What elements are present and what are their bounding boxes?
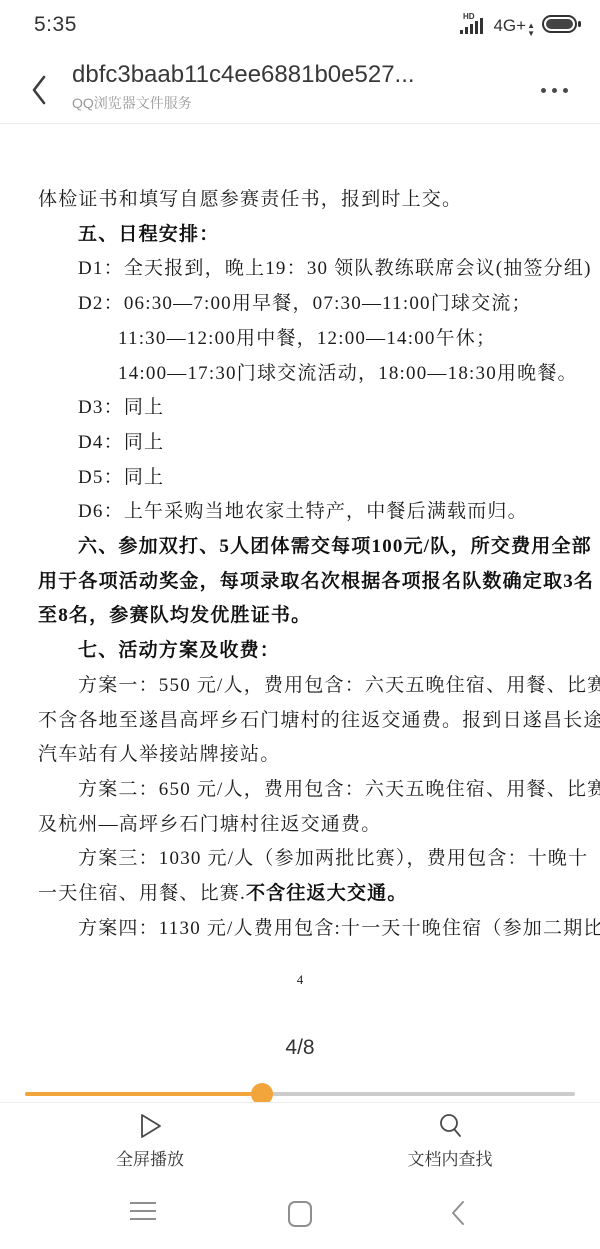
doc-line: 六、参加双打、5人团体需交每项100元/队，所交费用全部	[0, 530, 600, 565]
nav-home-button[interactable]	[238, 1200, 363, 1228]
hd-signal-icon: HD	[458, 10, 486, 43]
doc-line: 11:30—12:00用中餐，12:00—14:00午休；	[0, 322, 600, 357]
pager-section: 4/8	[0, 1030, 600, 1102]
slider-fill	[25, 1092, 262, 1096]
battery-icon	[542, 14, 582, 39]
fullscreen-play-button[interactable]: 全屏播放	[0, 1103, 300, 1178]
data-arrows-icon: ▲▼	[527, 22, 535, 38]
doc-line: 五、日程安排：	[0, 218, 600, 253]
doc-line: 方案一：550 元/人，费用包含：六天五晚住宿、用餐、比赛。	[0, 669, 600, 704]
header-titles: dbfc3baab11c4ee6881b0e527... QQ浏览器文件服务	[72, 61, 492, 113]
nav-menu-button[interactable]	[80, 1200, 205, 1222]
doc-line: 及杭州—高坪乡石门塘村往返交通费。	[0, 808, 600, 843]
doc-line: 用于各项活动奖金，每项录取名次根据各项报名队数确定取3名	[0, 565, 600, 600]
dot-icon	[552, 88, 557, 93]
chevron-left-icon	[30, 74, 48, 106]
more-options-button[interactable]	[532, 77, 576, 103]
chevron-left-icon	[450, 1200, 466, 1226]
doc-line: D5：同上	[0, 461, 600, 496]
dot-icon	[563, 88, 568, 93]
doc-line: D2：06:30—7:00用早餐，07:30—11:00门球交流；	[0, 287, 600, 322]
document-lines: 体检证书和填写自愿参赛责任书，报到时上交。五、日程安排：D1：全天报到，晚上19…	[0, 183, 600, 946]
doc-line: D6：上午采购当地农家土特产，中餐后满载而归。	[0, 495, 600, 530]
doc-line: 至8名，参赛队均发优胜证书。	[0, 599, 600, 634]
fullscreen-play-label: 全屏播放	[116, 1145, 184, 1170]
doc-line: 体检证书和填写自愿参赛责任书，报到时上交。	[0, 183, 600, 218]
network-type-label: 4G+ ▲▼	[493, 16, 535, 38]
dot-icon	[541, 88, 546, 93]
doc-line: D1：全天报到，晚上19：30 领队教练联席会议(抽签分组)	[0, 252, 600, 287]
status-icons: HD 4G+ ▲▼	[458, 10, 582, 43]
doc-line: 七、活动方案及收费：	[0, 634, 600, 669]
menu-icon	[129, 1200, 157, 1222]
doc-line: D3：同上	[0, 391, 600, 426]
doc-line: 不含各地至遂昌高坪乡石门塘村的往返交通费。报到日遂昌长途	[0, 704, 600, 739]
play-icon	[137, 1112, 163, 1140]
home-icon	[287, 1200, 313, 1228]
file-subtitle: QQ浏览器文件服务	[72, 93, 492, 113]
svg-text:HD: HD	[463, 12, 475, 21]
header: dbfc3baab11c4ee6881b0e527... QQ浏览器文件服务	[0, 55, 600, 124]
status-bar: 5:35 HD 4G+ ▲▼	[0, 0, 600, 55]
clock-time: 5:35	[34, 13, 77, 37]
android-nav-bar	[0, 1178, 600, 1249]
doc-line: 14:00—17:30门球交流活动，18:00—18:30用晚餐。	[0, 357, 600, 392]
document-page-number: 4	[0, 972, 600, 988]
nav-back-button[interactable]	[395, 1200, 520, 1226]
document-page[interactable]: 体检证书和填写自愿参赛责任书，报到时上交。五、日程安排：D1：全天报到，晚上19…	[0, 124, 600, 1030]
doc-line: 方案三：1030 元/人（参加两批比赛），费用包含：十晚十	[0, 842, 600, 877]
doc-line: D4：同上	[0, 426, 600, 461]
find-in-document-label: 文档内查找	[408, 1145, 493, 1170]
bottom-toolbar: 全屏播放 文档内查找	[0, 1102, 600, 1179]
search-icon	[436, 1112, 464, 1140]
file-title: dbfc3baab11c4ee6881b0e527...	[72, 61, 492, 89]
doc-line: 方案二：650 元/人，费用包含：六天五晚住宿、用餐、比赛	[0, 773, 600, 808]
doc-line: 汽车站有人举接站牌接站。	[0, 738, 600, 773]
doc-line: 方案四：1130 元/人费用包含:十一天十晚住宿（参加二期比	[0, 912, 600, 947]
back-button[interactable]	[24, 70, 54, 110]
page-indicator: 4/8	[0, 1030, 600, 1060]
doc-line: 一天住宿、用餐、比赛.不含往返大交通。	[0, 877, 600, 912]
find-in-document-button[interactable]: 文档内查找	[300, 1103, 600, 1178]
